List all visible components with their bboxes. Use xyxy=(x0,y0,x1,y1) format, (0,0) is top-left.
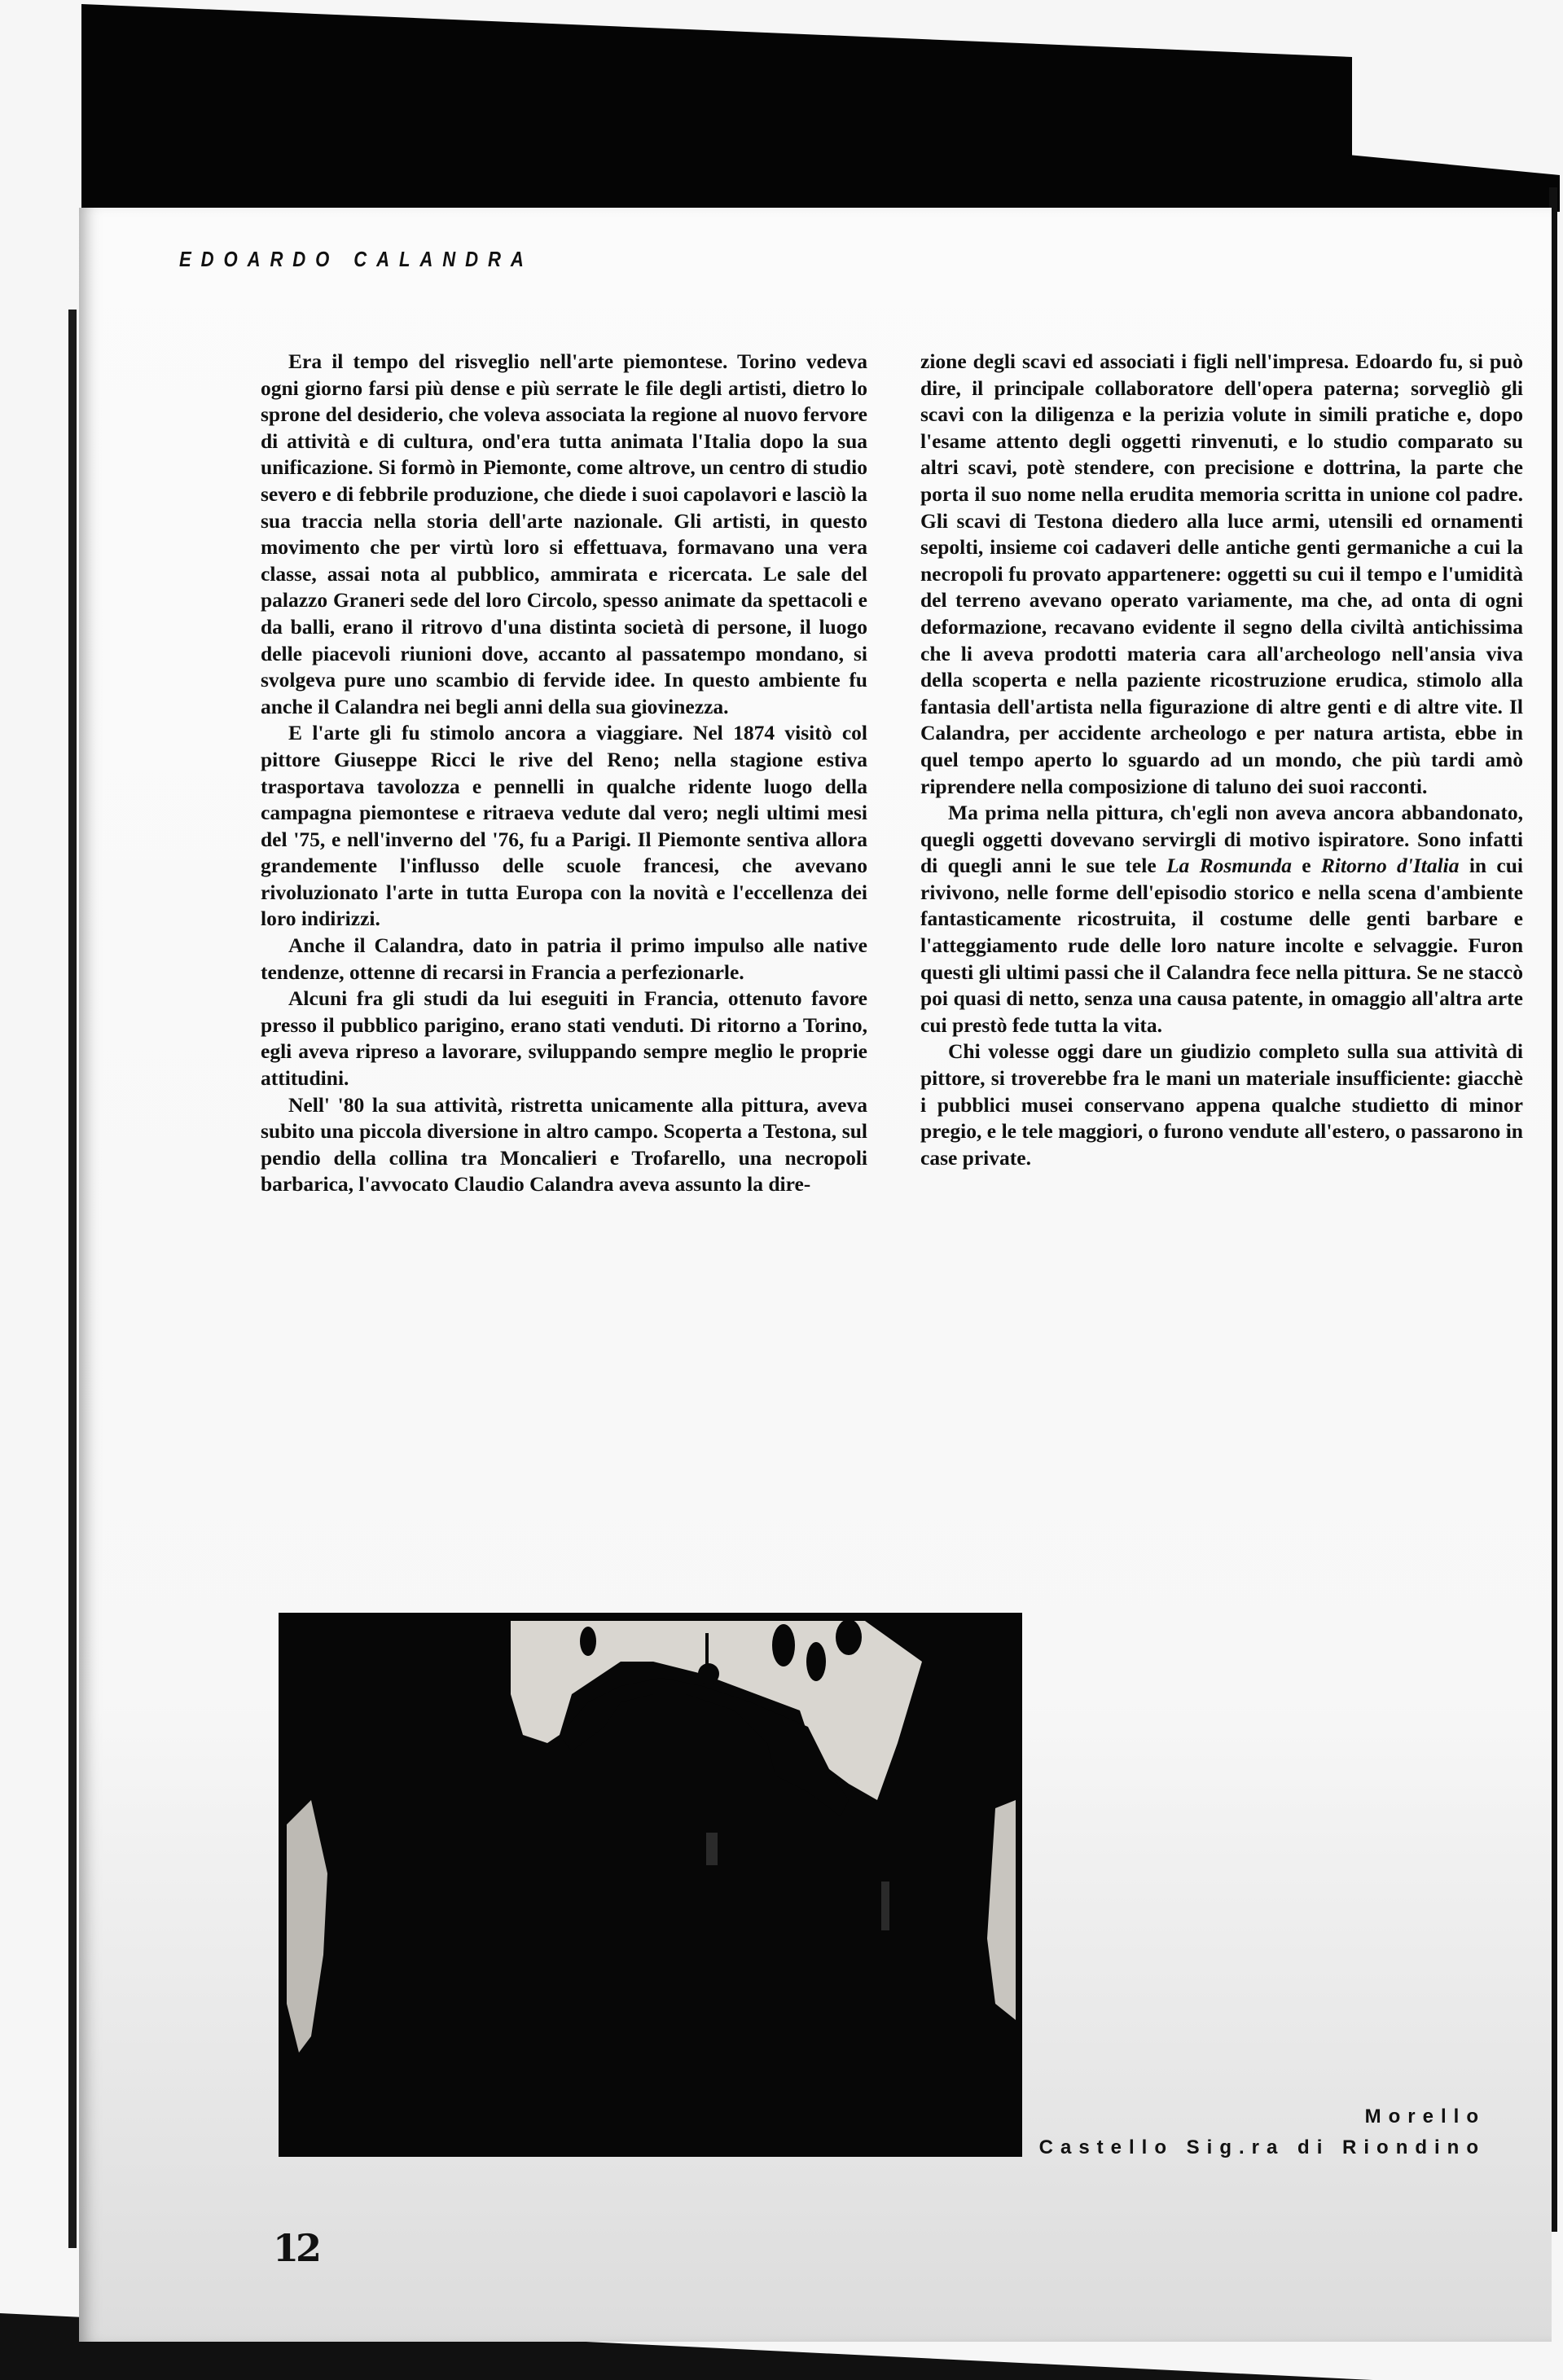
caption-author: Morello xyxy=(1039,2101,1486,2132)
painting-title: Ritorno d'Italia xyxy=(1321,854,1460,877)
painting-title: La Rosmunda xyxy=(1166,854,1292,877)
paragraph: Alcuni fra gli studi da lui eseguiti in … xyxy=(261,986,867,1091)
paragraph: Ma prima nella pittura, ch'egli non avev… xyxy=(920,800,1523,1039)
paragraph: Chi volesse oggi dare un giudizio comple… xyxy=(920,1039,1523,1171)
scan-shadow-left xyxy=(68,310,77,2248)
paragraph-text: in cui rivivono, nelle forme dell'episod… xyxy=(920,854,1523,1037)
text-column-right: zione degli scavi ed associati i figli n… xyxy=(920,349,1523,1171)
scan-shadow-top-right xyxy=(1348,155,1560,212)
paragraph: Era il tempo del risveglio nell'arte pie… xyxy=(261,349,867,720)
running-header: EDOARDO CALANDRA xyxy=(179,247,533,272)
castle-silhouette-image xyxy=(279,1613,1022,2157)
paragraph-text: e xyxy=(1292,854,1321,877)
paragraph: Nell' '80 la sua attività, ristretta uni… xyxy=(261,1092,867,1198)
caption-title: Castello Sig.ra di Riondino xyxy=(1039,2132,1486,2163)
castle-photograph xyxy=(279,1613,1022,2157)
scan-shadow-top xyxy=(81,0,1352,208)
paragraph: E l'arte gli fu stimolo ancora a viaggia… xyxy=(261,720,867,933)
text-column-left: Era il tempo del risveglio nell'arte pie… xyxy=(261,349,867,1198)
photo-caption: Morello Castello Sig.ra di Riondino xyxy=(1039,2101,1486,2163)
page-number: 12 xyxy=(273,2226,318,2270)
paragraph: Anche il Calandra, dato in patria il pri… xyxy=(261,933,867,986)
paragraph: zione degli scavi ed associati i figli n… xyxy=(920,349,1523,800)
